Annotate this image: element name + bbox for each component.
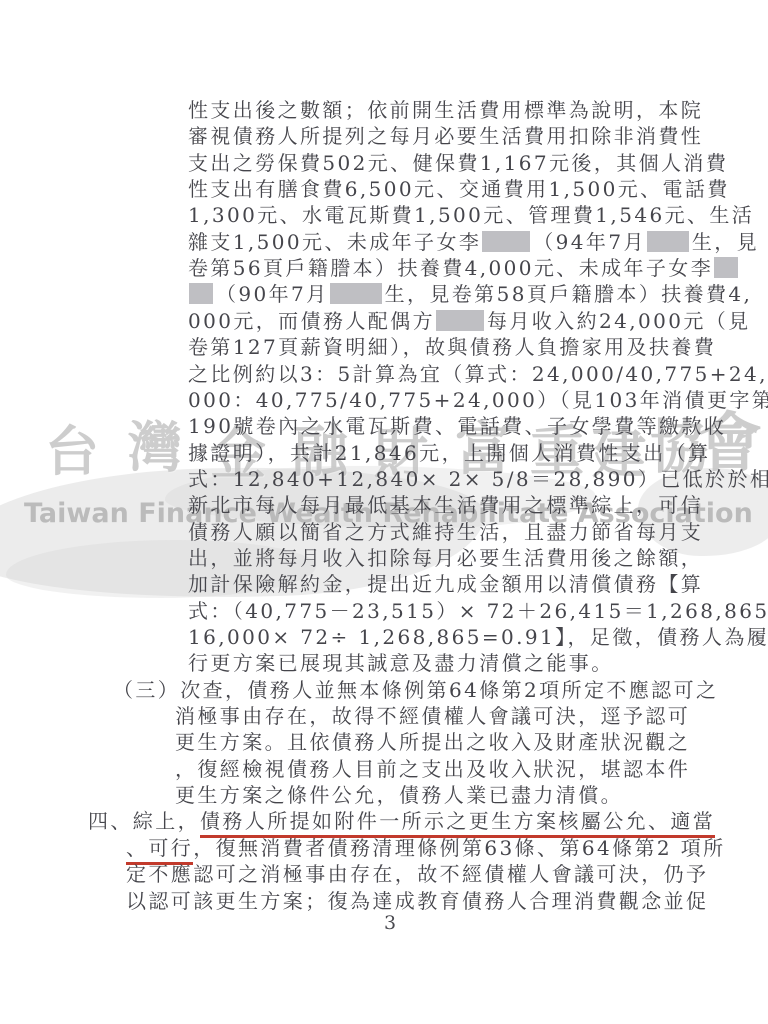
text-line: 之比例約以3：5計算為宜（算式：24,000/40,775+24, <box>188 363 768 386</box>
text-line: 性支出有膳食費6,500元、交通費用1,500元、電話費 <box>188 178 730 201</box>
text-segment: 式：（40,775－23,515）× 72＋26,415＝1,268,865； <box>188 599 768 623</box>
text-line: 定不應認可之消極事由存在，故不經債權人會議可決，仍予 <box>126 863 708 886</box>
text-line: 據證明），共計21,846元，上開個人消費性支出（算 <box>188 442 710 465</box>
text-line: （90年7月生，見卷第58頁戶籍謄本）扶養費4, <box>188 283 752 306</box>
text-segment: ，復經檢視債務人目前之支出及收入狀況，堪認本件 <box>175 757 690 781</box>
text-segment: 行更方案已展現其誠意及盡力清償之能事。 <box>188 651 614 675</box>
text-segment: 審視債務人所提列之每月必要生活費用扣除非消費性 <box>188 124 703 148</box>
document-lines: 性支出後之數額；依前開生活費用標準為說明，本院審視債務人所提列之每月必要生活費用… <box>0 0 768 1024</box>
text-line: 、可行，復無消費者債務清理條例第63條、第64條第2 項所 <box>126 837 726 860</box>
red-underlined-text: 、可行 <box>126 836 193 865</box>
text-segment: 性支出有膳食費6,500元、交通費用1,500元、電話費 <box>188 177 730 201</box>
text-line: 以認可該更生方案；復為達成教育債務人合理消費觀念並促 <box>126 890 708 913</box>
text-segment: 四、綜上， <box>88 809 200 833</box>
text-line: 新北市每人每月最低基本生活費用之標準綜上，可信 <box>188 494 703 517</box>
text-line: ，復經檢視債務人目前之支出及收入狀況，堪認本件 <box>175 758 690 781</box>
text-line: 更生方案之條件公允，債務人業已盡力清償。 <box>175 784 623 807</box>
text-segment: 生，見 <box>692 230 759 254</box>
page-number: 3 <box>384 912 396 934</box>
document-page: 台灣金融財富重建協會 Taiwan Finance Wealth Rehabil… <box>0 0 768 1024</box>
text-line: 更生方案。且依債務人所提出之收入及財產狀況觀之 <box>175 731 690 754</box>
redaction-box <box>482 231 530 252</box>
text-line: 式：（40,775－23,515）× 72＋26,415＝1,268,865； <box>188 600 768 623</box>
text-segment: 支出之勞保費502元、健保費1,167元後，其個人消費 <box>188 151 728 175</box>
text-line: 式：12,840+12,840× 2× 5/8＝28,890）已低於於相當 <box>188 468 768 491</box>
text-line: 審視債務人所提列之每月必要生活費用扣除非消費性 <box>188 125 703 148</box>
redaction-box <box>436 310 484 331</box>
text-line: 16,000× 72÷ 1,268,865=0.91】，足徵，債務人為履 <box>188 626 768 649</box>
text-line: 卷第56頁戶籍謄本）扶養費4,000元、未成年子女李 <box>188 257 741 280</box>
text-line: 卷第127頁薪資明細），故與債務人負擔家用及扶養費 <box>188 336 716 359</box>
text-segment: 1,300元、水電瓦斯費1,500元、管理費1,546元、生活 <box>188 203 754 227</box>
text-segment: 以認可該更生方案；復為達成教育債務人合理消費觀念並促 <box>126 889 708 913</box>
text-segment: 性支出後之數額；依前開生活費用標準為說明，本院 <box>188 98 703 122</box>
text-segment: 更生方案。且依債務人所提出之收入及財產狀況觀之 <box>175 730 690 754</box>
text-line: （三）次查，債務人並無本條例第64條第2項所定不應認可之 <box>113 679 718 702</box>
text-segment: ，復無消費者債務清理條例第63條、第64條第2 項所 <box>193 836 725 860</box>
text-line: 雜支1,500元、未成年子女李（94年7月生，見 <box>188 231 759 254</box>
text-segment: 卷第56頁戶籍謄本）扶養費4,000元、未成年子女李 <box>188 256 713 280</box>
red-underlined-text: 債務人所提如附件一所示之更生方案核屬公允、適當 <box>200 809 715 838</box>
text-segment: 之比例約以3：5計算為宜（算式：24,000/40,775+24, <box>188 362 768 386</box>
text-line: 出，並將每月收入扣除每月必要生活費用後之餘額， <box>188 547 703 570</box>
text-line: 消極事由存在，故得不經債權人會議可決，逕予認可 <box>175 705 690 728</box>
text-line: 000：40,775/40,775+24,000）（見103年消債更字第 <box>188 389 768 412</box>
text-segment: 出，並將每月收入扣除每月必要生活費用後之餘額， <box>188 546 703 570</box>
text-line: 行更方案已展現其誠意及盡力清償之能事。 <box>188 652 614 675</box>
text-line: 四、綜上，債務人所提如附件一所示之更生方案核屬公允、適當 <box>88 810 715 833</box>
text-segment: 式：12,840+12,840× 2× 5/8＝28,890）已低於於相當 <box>188 467 768 491</box>
text-segment: 卷第127頁薪資明細），故與債務人負擔家用及扶養費 <box>188 335 716 359</box>
text-line: 加計保險解約金，提出近九成金額用以清償債務【算 <box>188 573 703 596</box>
text-segment: 16,000× 72÷ 1,268,865=0.91】，足徵，債務人為履 <box>188 625 768 649</box>
text-segment: 生，見卷第58頁戶籍謄本）扶養費4, <box>385 282 753 306</box>
text-segment: 每月收入約24,000元（見 <box>487 309 751 333</box>
text-segment: 消極事由存在，故得不經債權人會議可決，逕予認可 <box>175 704 690 728</box>
text-line: 債務人願以簡省之方式維持生活，且盡力節省每月支 <box>188 521 703 544</box>
text-line: 1,300元、水電瓦斯費1,500元、管理費1,546元、生活 <box>188 204 754 227</box>
text-segment: 000：40,775/40,775+24,000）（見103年消債更字第 <box>188 388 768 412</box>
redaction-box <box>330 283 382 304</box>
redaction-box <box>647 231 689 252</box>
text-segment: 雜支1,500元、未成年子女李 <box>188 230 481 254</box>
text-line: 190號卷內之水電瓦斯費、電話費、子女學費等繳款收 <box>188 415 726 438</box>
text-segment: （90年7月 <box>216 282 329 306</box>
text-segment: 新北市每人每月最低基本生活費用之標準綜上，可信 <box>188 493 703 517</box>
text-segment: 加計保險解約金，提出近九成金額用以清償債務【算 <box>188 572 703 596</box>
text-line: 性支出後之數額；依前開生活費用標準為說明，本院 <box>188 99 703 122</box>
text-segment: （94年7月 <box>533 230 646 254</box>
text-segment: 更生方案之條件公允，債務人業已盡力清償。 <box>175 783 623 807</box>
text-segment: （三）次查，債務人並無本條例第64條第2項所定不應認可之 <box>113 678 718 702</box>
text-line: 000元，而債務人配偶方每月收入約24,000元（見 <box>188 310 751 333</box>
text-segment: 據證明），共計21,846元，上開個人消費性支出（算 <box>188 441 710 465</box>
text-segment: 定不應認可之消極事由存在，故不經債權人會議可決，仍予 <box>126 862 708 886</box>
text-segment: 000元，而債務人配偶方 <box>188 309 435 333</box>
text-line: 支出之勞保費502元、健保費1,167元後，其個人消費 <box>188 152 728 175</box>
redaction-box <box>189 283 213 304</box>
text-segment: 190號卷內之水電瓦斯費、電話費、子女學費等繳款收 <box>188 414 726 438</box>
text-segment: 債務人願以簡省之方式維持生活，且盡力節省每月支 <box>188 520 703 544</box>
redaction-box <box>714 257 738 278</box>
